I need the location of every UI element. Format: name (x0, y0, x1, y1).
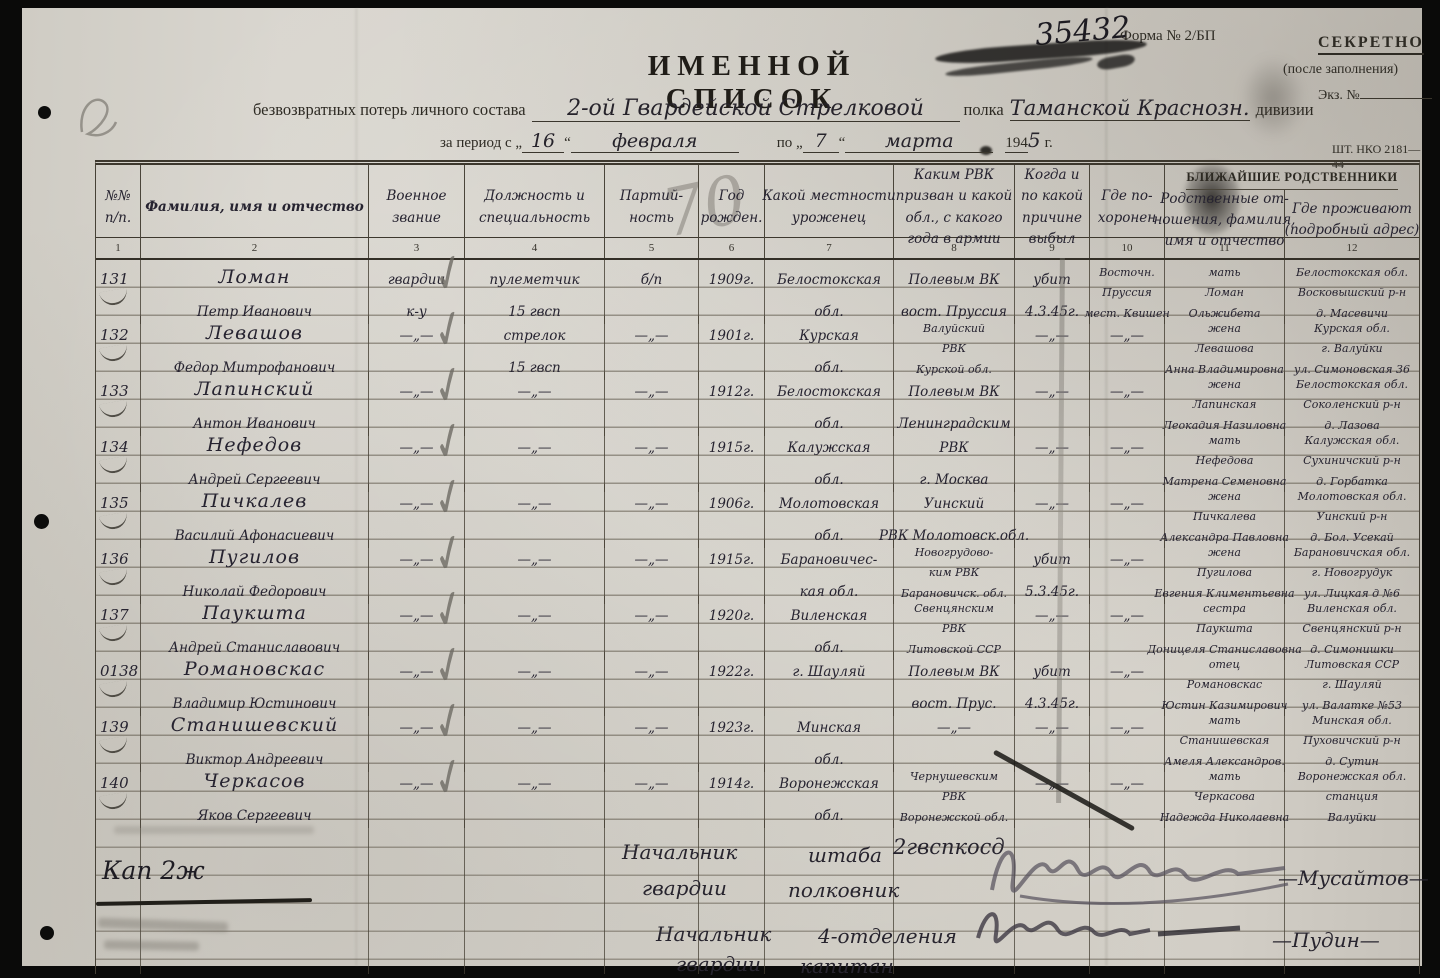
punch-hole (38, 106, 51, 119)
text-line: —„— (465, 428, 604, 460)
text-line: Паукшта (1165, 617, 1284, 638)
text-line: Валуйский (894, 316, 1014, 337)
footer-word: Начальник (656, 922, 771, 946)
cell-cause: —„— (1015, 372, 1090, 436)
secrecy-note: (после заполнения) (1283, 62, 1398, 78)
text-line: убит (1015, 260, 1089, 292)
text-line: Романовскас (1165, 673, 1284, 694)
text-line: —„— (1090, 708, 1164, 740)
bleed-through-smudge (104, 940, 199, 951)
cell-name: ЛевашовФедор Митрофанович (141, 316, 369, 380)
cell-origin: Курскаяобл. (765, 316, 894, 380)
cell-relative: женаПугиловаЕвгения Климентьевна (1165, 540, 1285, 604)
cell-relative: женаЛапинскаяЛеокадия Назиловна (1165, 372, 1285, 436)
text-line: —„— (1015, 484, 1089, 516)
text-line: —„— (369, 708, 464, 740)
cell-duty: —„— (465, 372, 605, 436)
cell-duty: —„— (465, 652, 605, 716)
text-line: Восковышский р-н (1285, 281, 1419, 302)
cell-relative: женаЛевашоваАнна Владимировна (1165, 316, 1285, 380)
text-line: —„— (465, 484, 604, 516)
text-line: звание (392, 210, 441, 232)
text-line: жена (1165, 484, 1284, 505)
table-row: 137 ПаукштаАндрей Станиславович —„— —„— … (96, 596, 1419, 652)
text-line: гвардии (369, 260, 464, 292)
text-line: Виленская (765, 596, 893, 628)
text-line: мать (1165, 708, 1284, 729)
cell-address: Калужская обл.Сухиничский р-нд. Горбатка (1285, 428, 1419, 492)
text-line: —„— (369, 428, 464, 460)
text-line: —„— (369, 652, 464, 684)
footer-word: гвардии (676, 952, 761, 976)
cell-duty: —„— (465, 428, 605, 492)
punch-hole (34, 514, 49, 529)
cell-rank: —„— (369, 652, 465, 716)
text-line: Яков Сергеевич (141, 796, 368, 828)
cell-birth-year: 1906г. (699, 484, 765, 548)
text-line: обл. (765, 796, 893, 828)
text-line: Восточн. (1090, 260, 1164, 281)
text-line: Пичкалев (141, 484, 368, 516)
text-line: 1901г. (699, 316, 764, 348)
text-line: Свенцянский р-н (1285, 617, 1419, 638)
copy-number-field: Экз. № (1318, 88, 1432, 104)
text-line: Курская (765, 316, 893, 348)
table-row: 133 ЛапинскийАнтон Иванович —„— —„— —„— … (96, 372, 1419, 428)
cell-birth-year: 1901г. (699, 316, 765, 380)
text-line: Белостокская (765, 260, 893, 292)
text-line: Курская обл. (1285, 316, 1419, 337)
table-row: 140 ЧеркасовЯков Сергеевич —„— —„— —„— 1… (96, 764, 1419, 820)
cell-party: —„— (605, 540, 699, 604)
cell-rvk: УинскийРВК Молотовск.обл. (894, 484, 1015, 548)
cell-address: Белостокская обл.Соколенский р-нд. Лазов… (1285, 372, 1419, 436)
text-line: 1906г. (699, 484, 764, 516)
text-line: РВК (894, 617, 1014, 638)
cell-birth-year: 1914г. (699, 764, 765, 828)
cell-rank: —„— (369, 764, 465, 828)
text-line: —„— (369, 764, 464, 796)
cell-burial: —„— (1090, 484, 1165, 548)
text-line: —„— (1090, 316, 1164, 348)
cell-rvk: Полевым ВКвост. Пруссия (894, 260, 1015, 324)
bleed-through-smudge (114, 826, 314, 834)
cell-party: —„— (605, 316, 699, 380)
text-line: РВК (894, 785, 1014, 806)
text-line: ность (629, 210, 674, 232)
text-line: Ломан (1165, 281, 1284, 302)
text-line: стрелок (465, 316, 604, 348)
cell-relative: матьЧеркасоваНадежда Николаевна (1165, 764, 1285, 828)
row-number: 132 (96, 316, 140, 348)
text-line: б/п (605, 260, 698, 292)
cell-cause: —„— (1015, 428, 1090, 492)
cell-birth-year: 1915г. (699, 540, 765, 604)
text-line: Паукшта (141, 596, 368, 628)
cell-burial: —„— (1090, 428, 1165, 492)
text-line: —„— (1015, 596, 1089, 628)
cell-cause: убит4.3.45г. (1015, 260, 1090, 324)
footer-word: Начальник (622, 840, 737, 864)
cell-rvk: Полевым ВКЛенинградским (894, 372, 1015, 436)
cell-cause: —„— (1015, 316, 1090, 380)
cell-origin: Минскаяобл. (765, 708, 894, 772)
text-line: призван и какой (896, 188, 1012, 210)
cell-address: Воронежская обл.станцияВалуйки (1285, 764, 1419, 828)
cell-party: —„— (605, 428, 699, 492)
cell-party: —„— (605, 652, 699, 716)
cell-address: Курская обл.г. Валуйкиул. Симоновская 36 (1285, 316, 1419, 380)
text-line: Пугилова (1165, 561, 1284, 582)
cell-birth-year: 1922г. (699, 652, 765, 716)
subtitle-line: безвозвратных потерь личного состава 2-о… (253, 96, 1314, 122)
cell-relative: отецРомановскасЮстин Казимирович (1165, 652, 1285, 716)
text-line: —„— (465, 540, 604, 572)
cell-cause: убит4.3.45г. (1015, 652, 1090, 716)
text-line: Барановичская обл. (1285, 540, 1419, 561)
cell-burial: —„— (1090, 652, 1165, 716)
cell-address: Белостокская обл.Восковышский р-нд. Масе… (1285, 260, 1419, 324)
year-printed: 194 (1005, 135, 1028, 153)
text-line: Уинский (894, 484, 1014, 516)
quote: “ (564, 135, 571, 152)
cell-origin: Барановичес-кая обл. (765, 540, 894, 604)
text-line: —„— (605, 596, 698, 628)
cell-burial: —„— (1090, 316, 1165, 380)
text-line: Фамилия, имя и отчество (145, 199, 364, 221)
cell-relative: матьСтанишевскаяАмеля Александров. (1165, 708, 1285, 772)
cell-duty: —„— (465, 764, 605, 828)
text-line: Нефедов (141, 428, 368, 460)
text-line: хоронен (1098, 210, 1156, 232)
cell-address: Молотовская обл.Уинский р-нд. Бол. Усека… (1285, 484, 1419, 548)
cell-address: Барановичская обл.г. Новогрудукул. Лицка… (1285, 540, 1419, 604)
cell-relative: сестраПаукштаДоницеля Станиславовна (1165, 596, 1285, 660)
text-line: обл., с какого (906, 210, 1003, 232)
cell-name: ЛапинскийАнтон Иванович (141, 372, 369, 436)
cell-cause: —„— (1015, 484, 1090, 548)
cell-origin: Воронежскаяобл. (765, 764, 894, 828)
text-line: убит (1015, 652, 1089, 684)
text-line: убит (1015, 540, 1089, 572)
text-line: Левашов (141, 316, 368, 348)
text-line: Новогрудово- (894, 540, 1014, 561)
text-line: РВК (894, 337, 1014, 358)
signature-scribble-2 (968, 896, 1268, 966)
text-line: Полевым ВК (894, 372, 1014, 404)
text-line: —„— (465, 596, 604, 628)
text-line: Пуховичский р-н (1285, 729, 1419, 750)
footer-word: гвардии (642, 876, 727, 900)
text-line: специальность (479, 210, 590, 232)
table-row: 139 СтанишевскийВиктор Андреевич —„— —„—… (96, 708, 1419, 764)
text-line: Станишевская (1165, 729, 1284, 750)
cell-rank: —„— (369, 484, 465, 548)
text-line: Пичкалева (1165, 505, 1284, 526)
cell-burial: —„— (1090, 764, 1165, 828)
text-line: —„— (465, 652, 604, 684)
cell-rank: —„— (369, 540, 465, 604)
text-line: Пугилов (141, 540, 368, 572)
text-line: сестра (1165, 596, 1284, 617)
cell-rvk: СвенцянскимРВКЛитовской ССР (894, 596, 1015, 660)
margin-note: Кап 2ж (102, 856, 205, 885)
col-num: 6 (699, 238, 765, 258)
cell-party: —„— (605, 708, 699, 772)
row-number: 140 (96, 764, 140, 796)
text-line: Уинский р-н (1285, 505, 1419, 526)
text-line: Валуйки (1285, 805, 1419, 826)
cell-name: ЛоманПетр Иванович (141, 260, 369, 324)
text-line: Пруссия (1090, 281, 1164, 302)
period-month-to: марта (845, 130, 993, 153)
text-line: уроженец (792, 210, 866, 232)
cell-rvk: Полевым ВКвост. Прус. (894, 652, 1015, 716)
year-handwritten: 5 (1028, 128, 1041, 152)
col-num: 12 (1285, 238, 1419, 258)
copy-number-blank (1360, 98, 1432, 99)
cell-rvk: Новогрудово-ким РВКБарановичск. обл. (894, 540, 1015, 604)
text-line: —„— (1090, 596, 1164, 628)
text-line: Партий- (620, 188, 683, 210)
cell-rank: —„— (369, 428, 465, 492)
text-line: по какой (1021, 188, 1083, 210)
text-line: —„— (465, 708, 604, 740)
col-num: 10 (1090, 238, 1165, 258)
cell-duty: —„— (465, 484, 605, 548)
division-name-handwritten: Таманской Краснозн. (1010, 96, 1250, 121)
text-line: 1920г. (699, 596, 764, 628)
cell-relative: матьНефедоваМатрена Семеновна (1165, 428, 1285, 492)
cell-cause: —„— (1015, 596, 1090, 660)
text-line: 1914г. (699, 764, 764, 796)
cell-origin: Белостокскаяобл. (765, 372, 894, 436)
cell-party: —„— (605, 372, 699, 436)
footer-word: полковник (788, 878, 899, 902)
col-num: 8 (894, 238, 1015, 258)
quote: “ (839, 135, 846, 152)
text-line: Воронежской обл. (894, 805, 1014, 826)
cell-birth-year: 1915г. (699, 428, 765, 492)
text-line: Калужская (765, 428, 893, 460)
cell-name: ЧеркасовЯков Сергеевич (141, 764, 369, 828)
col-num: 11 (1165, 238, 1285, 258)
year-suffix: г. (1045, 135, 1053, 152)
text-line: —„— (369, 540, 464, 572)
text-line: —„— (369, 316, 464, 348)
text-line: —„— (894, 708, 1014, 740)
col-num: 1 (96, 238, 141, 258)
cell-relative: женаПичкалеваАлександра Павловна (1165, 484, 1285, 548)
cell-duty: —„— (465, 708, 605, 772)
text-line: Белостокская обл. (1285, 372, 1419, 393)
text-line: —„— (1015, 708, 1089, 740)
row-number: 0138 (96, 652, 140, 684)
text-line: Надежда Николаевна (1165, 805, 1284, 826)
cell-cause: убит5.3.45г. (1015, 540, 1090, 604)
cell-burial: Восточн.Пруссиямест. Квишен (1090, 260, 1165, 324)
text-line: РВК (894, 428, 1014, 460)
table-row: 135 ПичкалевВасилий Афонасиевич —„— —„— … (96, 484, 1419, 540)
cell-rank: —„— (369, 372, 465, 436)
col-num: 4 (465, 238, 605, 258)
scanned-document: 35432 Форма № 2/БП СЕКРЕТНО (после запол… (0, 0, 1440, 978)
col-num: 3 (369, 238, 465, 258)
copy-number-label: Экз. № (1318, 88, 1360, 104)
text-line: 1923г. (699, 708, 764, 740)
text-line: Калужская обл. (1285, 428, 1419, 449)
cell-duty: —„— (465, 596, 605, 660)
text-line: Родственные от- (1160, 191, 1289, 212)
cell-address: Минская обл.Пуховичский р-нд. Сутин (1285, 708, 1419, 772)
text-line: Романовскас (141, 652, 368, 684)
text-line: —„— (605, 652, 698, 684)
cell-rank: гвардиик-у (369, 260, 465, 324)
period-line: за период с „ 16 “ февраля по „ 7 “ март… (440, 128, 1053, 153)
table-row: 136 ПугиловНиколай Федорович —„— —„— —„—… (96, 540, 1419, 596)
col-num: 9 (1015, 238, 1090, 258)
cell-cause: —„— (1015, 708, 1090, 772)
text-line: 1909г. (699, 260, 764, 292)
text-line: Литовская ССР (1285, 652, 1419, 673)
cell-birth-year: 1920г. (699, 596, 765, 660)
text-line: Какой местности (762, 188, 895, 210)
text-line: Воронежская обл. (1285, 764, 1419, 785)
subtitle-printed: безвозвратных потерь личного состава (253, 100, 526, 120)
text-line: 1922г. (699, 652, 764, 684)
col-num: 5 (605, 238, 699, 258)
text-line: —„— (1090, 764, 1164, 796)
cell-birth-year: 1923г. (699, 708, 765, 772)
cell-duty: —„— (465, 540, 605, 604)
text-line: жена (1165, 372, 1284, 393)
text-line: —„— (1090, 428, 1164, 460)
column-number-row: 1 2 3 4 5 6 7 8 9 10 11 12 (96, 238, 1419, 260)
cell-relative: матьЛоманОльжибета (1165, 260, 1285, 324)
cell-rank: —„— (369, 708, 465, 772)
text-line: рожден. (701, 210, 763, 232)
text-line: ким РВК (894, 561, 1014, 582)
cell-origin: Калужскаяобл. (765, 428, 894, 492)
signature-name-pudin: —Пудин— (1272, 928, 1380, 952)
subtitle-printed-division: дивизии (1256, 100, 1314, 120)
row-number: 139 (96, 708, 140, 740)
row-number: 131 (96, 260, 140, 292)
unit-name-handwritten: 2-ой Гвардейской Стрелковой (532, 96, 960, 122)
text-line: Когда и (1025, 167, 1080, 189)
row-number: 137 (96, 596, 140, 628)
text-line: Полевым ВК (894, 652, 1014, 684)
period-day-to: 7 (803, 130, 839, 153)
period-printed: за период с „ (440, 135, 522, 152)
text-line: —„— (369, 596, 464, 628)
text-line: —„— (465, 764, 604, 796)
cell-party: —„— (605, 764, 699, 828)
text-line: Черкасова (1165, 785, 1284, 806)
text-line: —„— (1090, 372, 1164, 404)
text-line: г. Новогрудук (1285, 561, 1419, 582)
text-line: Лапинский (141, 372, 368, 404)
text-line: —„— (1015, 372, 1089, 404)
col-num: 7 (765, 238, 894, 258)
text-line: п/п. (105, 210, 131, 232)
text-line: станция (1285, 785, 1419, 806)
text-line: Ломан (141, 260, 368, 292)
footer-department: 4-отделения (818, 924, 957, 948)
text-line: отец (1165, 652, 1284, 673)
cell-duty: стрелок15 гвсп (465, 316, 605, 380)
cell-name: НефедовАндрей Сергеевич (141, 428, 369, 492)
cell-party: —„— (605, 484, 699, 548)
table-row: 132 ЛевашовФедор Митрофанович —„— стрело… (96, 316, 1419, 372)
document-page: 35432 Форма № 2/БП СЕКРЕТНО (после запол… (22, 8, 1422, 966)
table-row: 134 НефедовАндрей Сергеевич —„— —„— —„— … (96, 428, 1419, 484)
cell-name: ПичкалевВасилий Афонасиевич (141, 484, 369, 548)
text-line: 1912г. (699, 372, 764, 404)
text-line: г. Шауляй (1285, 673, 1419, 694)
period-day-from: 16 (522, 130, 564, 153)
text-line: —„— (465, 372, 604, 404)
text-line: Соколенский р-н (1285, 393, 1419, 414)
text-line: —„— (1090, 484, 1164, 516)
cell-rvk: ЧернушевскимРВКВоронежской обл. (894, 764, 1015, 828)
col-num: 2 (141, 238, 369, 258)
footer-word: капитан (800, 954, 894, 978)
text-line: —„— (605, 764, 698, 796)
text-line: Каким РВК (914, 167, 994, 189)
text-line: —„— (605, 484, 698, 516)
text-line: —„— (605, 316, 698, 348)
cell-rank: —„— (369, 596, 465, 660)
cell-name: ПугиловНиколай Федорович (141, 540, 369, 604)
text-line: жена (1165, 316, 1284, 337)
text-line: —„— (605, 708, 698, 740)
text-line: Черкасов (141, 764, 368, 796)
text-line: Виленская обл. (1285, 596, 1419, 617)
table-body: 131 ЛоманПетр Иванович гвардиик-у пулеме… (96, 260, 1419, 820)
cell-rank: —„— (369, 316, 465, 380)
text-line: Воронежская (765, 764, 893, 796)
cell-party: —„— (605, 596, 699, 660)
table-row: 131 ЛоманПетр Иванович гвардиик-у пулеме… (96, 260, 1419, 316)
cell-rvk: ВалуйскийРВККурской обл. (894, 316, 1015, 380)
text-line: 1915г. (699, 540, 764, 572)
text-line: Минская обл. (1285, 708, 1419, 729)
text-line: Сухиничский р-н (1285, 449, 1419, 470)
cell-name: РомановскасВладимир Юстинович (141, 652, 369, 716)
text-line: Чернушевским (894, 764, 1014, 785)
text-line: Год (719, 188, 745, 210)
text-line: г. Шауляй (765, 652, 893, 684)
cell-birth-year: 1912г. (699, 372, 765, 436)
text-line: —„— (1015, 316, 1089, 348)
text-line: Военное (387, 188, 447, 210)
text-line: Нефедова (1165, 449, 1284, 470)
text-line: Должность и (484, 188, 585, 210)
cell-name: ПаукштаАндрей Станиславович (141, 596, 369, 660)
table-row: 0138 РомановскасВладимир Юстинович —„— —… (96, 652, 1419, 708)
cell-origin: Виленскаяобл. (765, 596, 894, 660)
period-printed-to: по „ (777, 135, 803, 152)
text-line: Молотовская обл. (1285, 484, 1419, 505)
pencil-scribble (74, 88, 120, 144)
row-number: 136 (96, 540, 140, 572)
text-line: —„— (605, 540, 698, 572)
cell-birth-year: 1909г. (699, 260, 765, 324)
text-line: ношения, фамилия, (1154, 212, 1296, 233)
cell-burial: —„— (1090, 708, 1165, 772)
text-line: г. Валуйки (1285, 337, 1419, 358)
